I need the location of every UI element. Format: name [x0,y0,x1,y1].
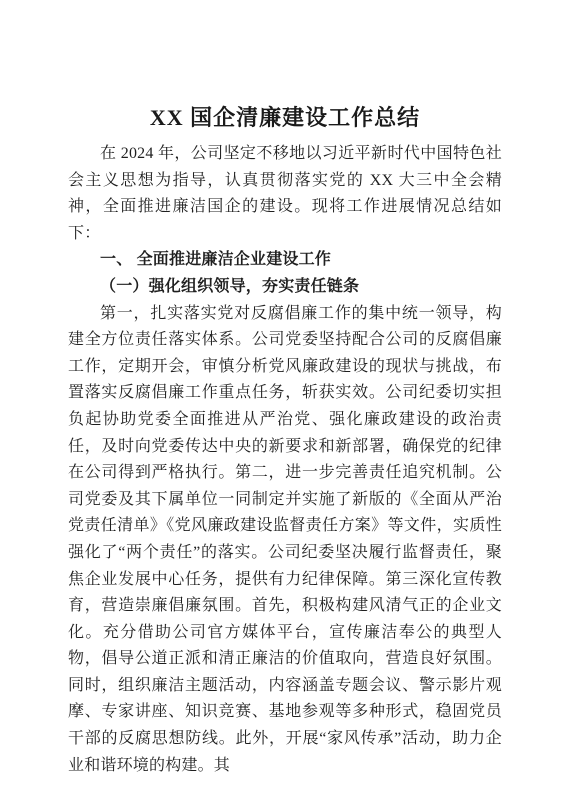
document-body: 在 2024 年，公司坚定不移地以习近平新时代中国特色社会主义思想为指导，认真贯… [68,141,502,779]
document-page: XX 国企清廉建设工作总结 在 2024 年，公司坚定不移地以习近平新时代中国特… [0,0,570,807]
body-paragraph: 第一，扎实落实党对反腐倡廉工作的集中统一领导，构建全方位责任落实体系。公司党委坚… [68,301,502,780]
section-heading: 一、 全面推进廉洁企业建设工作 [68,247,502,274]
subsection-heading: （一）强化组织领导，夯实责任链条 [68,274,502,301]
document-title: XX 国企清廉建设工作总结 [68,103,502,133]
intro-paragraph: 在 2024 年，公司坚定不移地以习近平新时代中国特色社会主义思想为指导，认真贯… [68,141,502,247]
